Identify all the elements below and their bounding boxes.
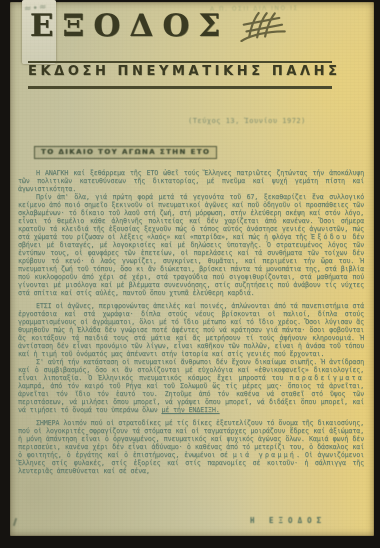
body-paragraph: ΣΗΜΕΡΑ λοιπόν πού οἱ στρατοδίκες μέ τίς … bbox=[18, 419, 364, 475]
section-heading: ΤΟ ΔΙΚΑΙΟ ΤΟΥ ΑΓΩΝΑ ΣΤΗΝ ΕΤΟ bbox=[34, 146, 217, 159]
text-run: παραδείγματα bbox=[289, 374, 364, 382]
body-paragraph: Σ' αὐτή τήν κατάσταση οἱ πνευματικοί ἄνθ… bbox=[18, 358, 364, 414]
handwritten-crossout-mark bbox=[234, 10, 286, 42]
text-run: μέ τήν ΕΝΔΕΙΞΗ. bbox=[161, 406, 219, 414]
body-text: Η ΑΝΑΓΚΗ καί ξεθάρρεμα τῆς ΕΤΟ ὠθεῖ τούς… bbox=[18, 169, 364, 475]
body-paragraph: Πρίν ἀπ' ὅλα, γιά πρώτη φορά μετά τά γεγ… bbox=[18, 193, 364, 297]
page-title: ΕΞΟΔΟΣ bbox=[30, 8, 229, 44]
issue-date-line: (Τεύχος 13, Ἰουνίου 1972) bbox=[188, 117, 306, 125]
text-run: ΕΤΣΙ οἱ ἀγῶνες, περιφρονώντας ἀπειλές κα… bbox=[18, 302, 364, 358]
paper-page: ≈∙≈ Α.Π. ΟΣΙΙ ΔΙΛ ΙΝΟ.ΙΣ ΕΞΟΔΟΣ ΕΚΔΟΣΗ Π… bbox=[10, 2, 374, 536]
signature: Η ΕΞΟΔΟΣ bbox=[250, 516, 326, 525]
masthead-rule-top bbox=[28, 61, 332, 63]
masthead-rule-bottom bbox=[28, 86, 332, 89]
text-run: Η ΑΝΑΓΚΗ καί ξεθάρρεμα τῆς ΕΤΟ ὠθεῖ τούς… bbox=[18, 169, 364, 193]
page-subtitle: ΕΚΔΟΣΗ ΠΝΕΥΜΑΤΙΚΗΣ ΠΑΛΗΣ bbox=[28, 64, 334, 79]
body-paragraph: Η ΑΝΑΓΚΗ καί ξεθάρρεμα τῆς ΕΤΟ ὠθεῖ τούς… bbox=[18, 169, 364, 193]
text-run: μιά γραμμή bbox=[233, 451, 296, 459]
body-paragraph: ΕΤΣΙ οἱ ἀγῶνες, περιφρονώντας ἀπειλές κα… bbox=[18, 302, 364, 358]
pen-mark bbox=[13, 518, 17, 526]
text-run: δέν σβήνει μέ διαταγές, μέ λογοκρισίες κ… bbox=[18, 233, 364, 297]
scanned-document: ≈∙≈ Α.Π. ΟΣΙΙ ΔΙΛ ΙΝΟ.ΙΣ ΕΞΟΔΟΣ ΕΚΔΟΣΗ Π… bbox=[0, 0, 380, 548]
text-run: Ἐξόδου bbox=[311, 233, 348, 241]
